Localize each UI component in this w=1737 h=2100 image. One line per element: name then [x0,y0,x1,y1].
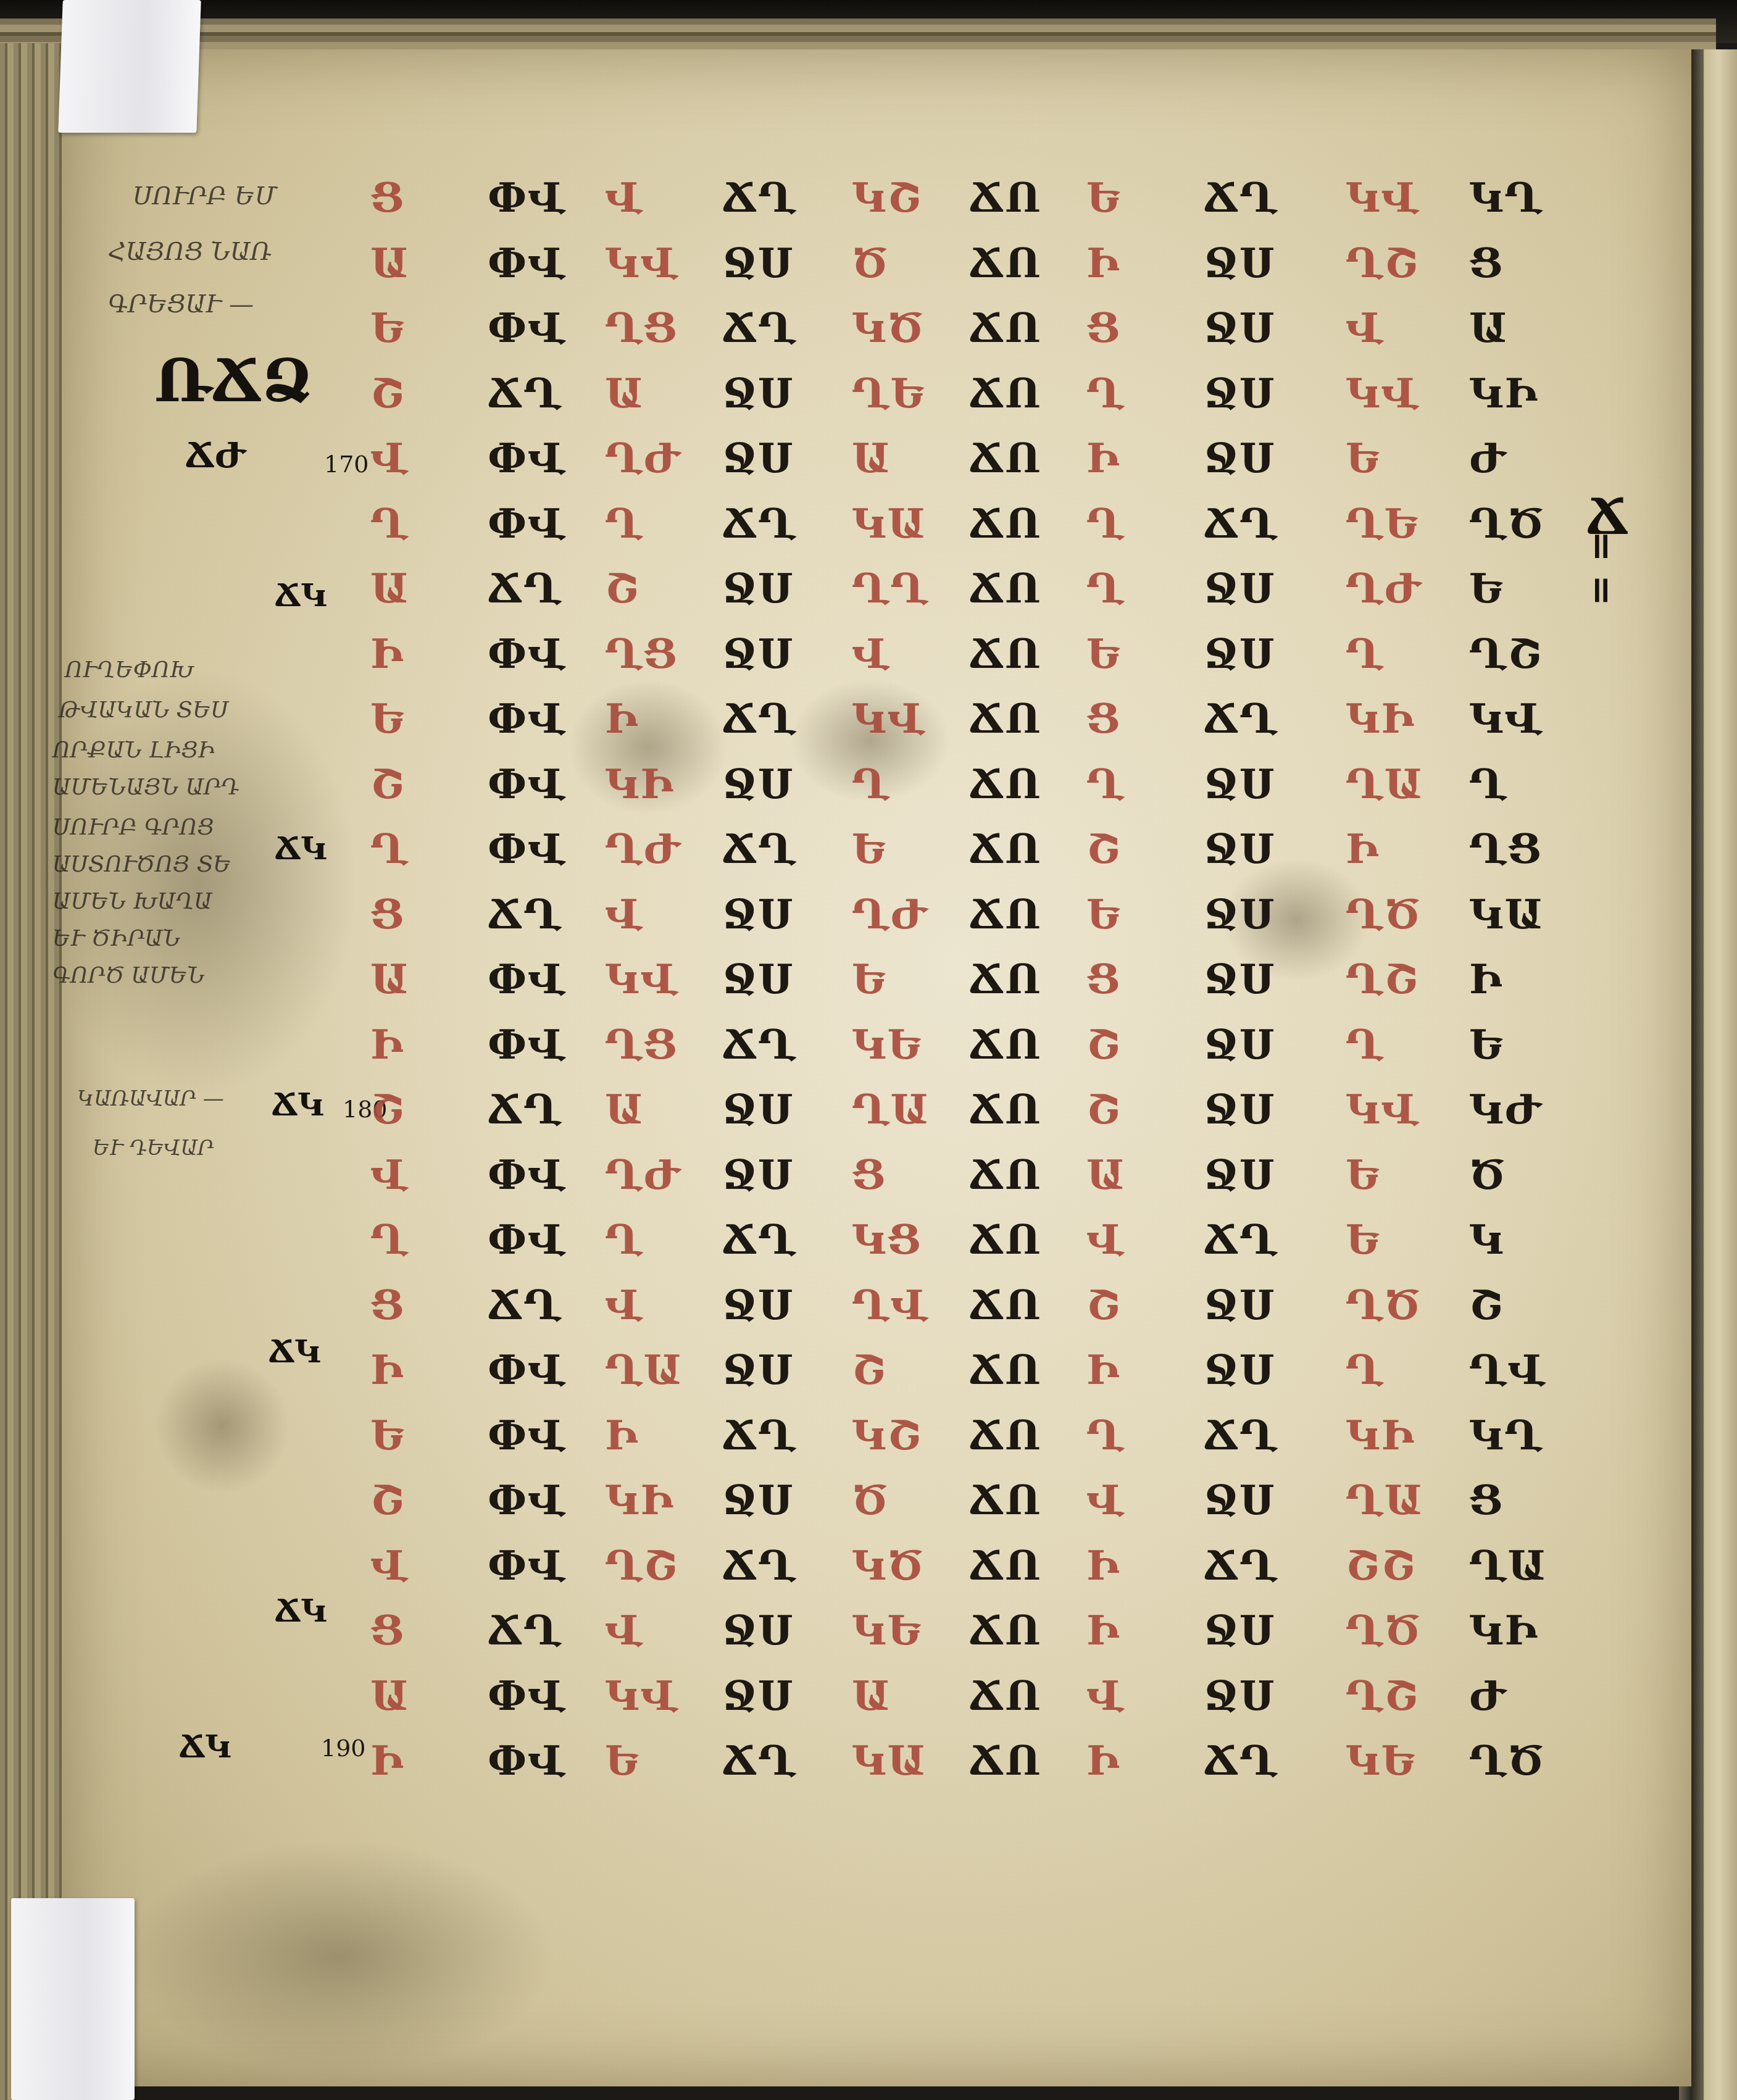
table-cell: Ի [1086,427,1120,489]
table-cell: ՃՂ [1204,1730,1278,1791]
table-cell: Վ [370,427,409,489]
table-cell: ՇՇ [1346,1535,1417,1596]
margin-note-line: ԱՄԵՆԱՅՆ ԱՐԴ [52,775,240,800]
table-cell: Ե [852,948,886,1010]
table-cell: Ա [605,1078,644,1140]
table-cell: Վ [1086,1665,1125,1727]
table-cell: Ց [1469,1469,1504,1531]
table-cell: ՓՎ [488,1014,566,1075]
table-cell: ՃՈ [969,167,1042,228]
table-cell: ՃՂ [1204,688,1278,749]
table-cell: Ղ [370,493,409,554]
margin-note-line: ԳՈՐԾ ԱՄԵՆ [52,963,205,988]
table-cell: ՃՂ [1204,493,1278,554]
table-cell: ՃՈ [969,1665,1042,1727]
table-cell: ՓՎ [488,493,566,554]
row-label: ՃԿ [179,1728,231,1765]
table-cell: ՃՈ [969,1209,1042,1270]
table-cell: ՓՎ [488,427,566,489]
table-cell: Ղ [1086,557,1125,619]
table-cell: ԿԺ [1469,1078,1543,1140]
table-cell: ԿՎ [852,688,926,749]
row-label: ՃԿ [275,577,327,614]
table-row: ՇՓՎԿԻՋՍԾՃՈՎՋՍՂԱՑ [346,1469,1568,1531]
table-cell: Շ [1086,818,1122,880]
table-cell: Ի [370,1730,404,1791]
table-cell: ԿԻ [1469,362,1539,424]
table-cell: Ե [370,1404,405,1466]
table-cell: Ե [1086,883,1121,945]
table-cell: ՓՎ [488,1535,566,1596]
table-cell: Շ [852,1339,888,1401]
table-row: ԱՃՂՇՋՍՂՂՃՈՂՋՍՂԺԵ [346,557,1568,619]
table-cell: ՂԺ [1346,557,1422,619]
table-cell: Ի [1469,948,1503,1010]
margin-note-line: ԱՄԵՆ ԽԱՂԱ [52,889,212,914]
table-cell: ՂԵ [852,362,925,424]
table-cell: ՋՍ [722,1144,794,1206]
table-cell: ՋՍ [1204,362,1276,424]
table-cell: Ի [370,623,404,685]
table-cell: Վ [605,1599,643,1661]
table-row: ԵՓՎՂՑՃՂԿԾՃՈՑՋՍՎԱ [346,297,1568,359]
page-clip-top [58,0,201,133]
table-cell: ՃՈ [969,1014,1042,1075]
table-cell: Ե [370,688,405,749]
stain [154,1358,290,1494]
table-cell: ԿԱ [852,1730,927,1791]
table-cell: ՂԱ [852,1078,930,1140]
table-cell: ՂՇ [1346,1665,1420,1727]
table-cell: Ց [1469,232,1504,294]
table-row: ԻՓՎՂԱՋՍՇՃՈԻՋՍՂՂՎ [346,1339,1568,1401]
table-cell: ՂՑ [605,623,679,685]
table-cell: ՓՎ [488,688,566,749]
table-row: ԻՓՎՂՑՋՍՎՃՈԵՋՍՂՂՇ [346,623,1568,685]
margin-note-line: ՍՈՒՐԲ ԵՄ [133,182,277,210]
table-cell: Շ [370,753,406,815]
table-cell: ՂԵ [1346,493,1419,554]
table-cell: ՃՂ [722,1535,797,1596]
table-cell: ԿՎ [605,1665,679,1727]
table-cell: ՂԱ [1346,1469,1424,1531]
table-cell: ՂՎ [1469,1339,1546,1401]
table-cell: ՋՍ [722,623,794,685]
table-row: ՇՃՂԱՋՍՂԱՃՈՇՋՍԿՎԿԺ [346,1078,1568,1140]
table-cell: Ց [370,167,406,228]
table-cell: ՓՎ [488,1404,566,1466]
table-cell: ՃՂ [1204,167,1278,228]
table-cell: ԿԻ [1346,1404,1415,1466]
table-row: ՎՓՎՂԺՋՍԱՃՈԻՋՍԵԺ [346,427,1568,489]
table-cell: Ժ [1469,1665,1507,1727]
table-cell: Ծ [1469,1144,1507,1206]
table-cell: ՋՍ [722,1274,794,1336]
table-cell: ՓՎ [488,623,566,685]
table-cell: Ծ [852,1469,889,1531]
table-cell: ԿԾ [852,297,925,359]
table-cell: Ց [370,1599,406,1661]
table-row: ԵՓՎԻՃՂԿՇՃՈՂՃՂԿԻԿՂ [346,1404,1568,1466]
table-cell: Ա [370,557,410,619]
table-cell: ՂՇ [1346,232,1420,294]
table-cell: ՂԾ [1346,1274,1422,1336]
table-cell: ՂԾ [1346,883,1422,945]
table-cell: ԿԻ [605,1469,675,1531]
table-cell: ՃՈ [969,1599,1042,1661]
table-cell: ՃՂ [488,1599,562,1661]
table-row: ՑՓՎՎՃՂԿՇՃՈԵՃՂԿՎԿՂ [346,167,1568,228]
table-cell: Շ [1469,1274,1505,1336]
table-cell: ՃՈ [969,1730,1042,1791]
table-cell: ՃՂ [1204,1535,1278,1596]
table-cell: ՃՈ [969,623,1042,685]
table-cell: Ղ [1469,753,1508,815]
table-cell: Ի [1086,232,1120,294]
row-label: ՃԺ [185,435,246,476]
table-cell: Ե [605,1730,639,1791]
table-cell: ՋՍ [722,1339,794,1401]
table-row: ԻՓՎԵՃՂԿԱՃՈԻՃՂԿԵՂԾ [346,1730,1568,1791]
table-cell: Ի [1086,1599,1120,1661]
table-cell: Ա [370,948,410,1010]
table-cell: ՓՎ [488,1469,566,1531]
table-cell: ԿՎ [605,948,679,1010]
table-cell: ՃՈ [969,493,1042,554]
table-cell: Ց [852,1144,887,1206]
table-cell: Ի [605,688,639,749]
table-cell: Վ [1086,1209,1125,1270]
table-cell: ՓՎ [488,818,566,880]
table-cell: Ե [370,297,405,359]
table-cell: Ա [1086,1144,1126,1206]
table-cell: Ղ [605,1209,644,1270]
table-row: ՇՃՂԱՋՍՂԵՃՈՂՋՍԿՎԿԻ [346,362,1568,424]
table-cell: Ծ [852,232,889,294]
table-cell: ՂՑ [1469,818,1543,880]
table-cell: ԿՇ [852,1404,923,1466]
table-cell: Վ [1086,1469,1125,1531]
table-cell: ՋՍ [722,557,794,619]
table-cell: ՓՎ [488,948,566,1010]
table-cell: Շ [1086,1274,1122,1336]
table-cell: ՋՍ [722,753,794,815]
stain [37,667,358,1099]
table-row: ԱՓՎԿՎՋՍԵՃՈՑՋՍՂՇԻ [346,948,1568,1010]
table-cell: Ղ [370,818,409,880]
table-cell: ՋՍ [1204,1144,1276,1206]
table-cell: Ա [605,362,644,424]
table-cell: ՃՂ [722,1730,797,1791]
table-cell: ՃՈ [969,753,1042,815]
table-cell: Ե [1346,427,1380,489]
table-cell: ՓՎ [488,753,566,815]
table-cell: Ե [1469,1014,1504,1075]
table-cell: ԿԱ [852,493,927,554]
table-cell: ՃՂ [722,1014,797,1075]
table-cell: ՃՂ [488,362,562,424]
margin-large-glyph: ՌՃՁ [154,346,313,415]
table-cell: ՋՍ [722,1078,794,1140]
table-cell: ԿՂ [1469,167,1543,228]
table-cell: ՃՈ [969,818,1042,880]
table-cell: ՃՂ [722,1404,797,1466]
table-cell: ՃՂ [488,1078,562,1140]
table-cell: Վ [605,1274,643,1336]
row-label: ՃԿ [275,1593,327,1629]
table-cell: ՋՍ [1204,297,1276,359]
margin-note-line: ԵՒ ԴԵՎԱՐ [93,1136,214,1160]
table-cell: ՋՍ [722,1599,794,1661]
table-cell: ՂՇ [1469,623,1543,685]
table-cell: ՋՍ [722,883,794,945]
table-row: ՑՃՂՎՋՍԿԵՃՈԻՋՍՂԾԿԻ [346,1599,1568,1661]
table-cell: ԿՎ [1346,167,1420,228]
table-cell: ՃՈ [969,362,1042,424]
table-cell: ՃՂ [488,1274,562,1336]
margin-note-line: ԿԱՌԱՎԱՐ — [77,1086,224,1111]
table-cell: Ց [1086,948,1122,1010]
table-row: ՑՃՂՎՋՍՂՎՃՈՇՋՍՂԾՇ [346,1274,1568,1336]
table-cell: ԿՎ [1346,362,1420,424]
table-cell: ՋՍ [1204,1014,1276,1075]
table-cell: ՋՍ [1204,1665,1276,1727]
table-row: ՎՓՎՂԺՋՍՑՃՈԱՋՍԵԾ [346,1144,1568,1206]
table-cell: ԿՑ [852,1209,923,1270]
margin-right-marks: = = [1580,531,1623,606]
table-row: ՇՓՎԿԻՋՍՂՃՈՂՋՍՂԱՂ [346,753,1568,815]
table-cell: Ց [370,883,406,945]
table-cell: Ա [370,1665,410,1727]
table-cell: Ղ [370,1209,409,1270]
table-cell: ՂՇ [605,1535,679,1596]
table-cell: ՂՇ [1346,948,1420,1010]
row-label: ՃԿ [272,1086,324,1123]
table-cell: ՂՑ [605,1014,679,1075]
table-cell: ՃՈ [969,883,1042,945]
table-row: ԱՓՎԿՎՋՍԾՃՈԻՋՍՂՇՑ [346,232,1568,294]
table-cell: Ա [852,427,891,489]
table-row: ՎՓՎՂՇՃՂԿԾՃՈԻՃՂՇՇՂԱ [346,1535,1568,1596]
table-cell: ՃՈ [969,1144,1042,1206]
stain [123,1840,556,2074]
table-cell: ՂՑ [605,297,679,359]
table-row: ԻՓՎՂՑՃՂԿԵՃՈՇՋՍՂԵ [346,1014,1568,1075]
table-cell: Շ [1086,1014,1122,1075]
table-cell: ՂԱ [1469,1535,1547,1596]
table-cell: ՓՎ [488,1665,566,1727]
margin-note-line: ՍՈՒՐԲ ԳՐՈՑ [52,815,214,840]
table-cell: ՃՂ [722,167,797,228]
table-row: ՂՓՎՂԺՃՂԵՃՈՇՋՍԻՂՑ [346,818,1568,880]
table-cell: ԿԵ [852,1599,922,1661]
table-cell: ՃՈ [969,1404,1042,1466]
table-cell: Ի [370,1014,404,1075]
table-cell: Ե [1469,557,1504,619]
table-cell: ՂԱ [1346,753,1424,815]
table-cell: ՃՈ [969,297,1042,359]
table-cell: Վ [1346,297,1384,359]
table-cell: ՃՈ [969,1535,1042,1596]
table-cell: Ց [1086,688,1122,749]
table-cell: Ե [1346,1144,1380,1206]
table-cell: ՋՍ [1204,753,1276,815]
table-cell: ՃՈ [969,1274,1042,1336]
table-cell: ՃՈ [969,1469,1042,1531]
table-cell: ՋՍ [1204,427,1276,489]
table-cell: ԿԱ [1469,883,1544,945]
table-row: ՂՓՎՂՃՂԿԱՃՈՂՃՂՂԵՂԾ [346,493,1568,554]
table-cell: ԿՎ [605,232,679,294]
table-cell: Ե [1346,1209,1380,1270]
table-cell: Ե [852,818,886,880]
table-cell: ԿՇ [852,167,923,228]
table-cell: ՃՂ [722,493,797,554]
table-cell: ԿՎ [1469,688,1543,749]
table-cell: ՓՎ [488,1209,566,1270]
table-cell: ՃՂ [1204,1404,1278,1466]
table-cell: ԿԵ [852,1014,922,1075]
table-cell: ՋՍ [1204,232,1276,294]
table-cell: ՋՍ [1204,1339,1276,1401]
table-row: ԵՓՎԻՃՂԿՎՃՈՑՃՂԿԻԿՎ [346,688,1568,749]
table-cell: ՓՎ [488,1730,566,1791]
table-cell: Ղ [1086,362,1125,424]
table-cell: ԿԻ [605,753,675,815]
table-cell: Ա [370,232,410,294]
table-cell: ԿԾ [852,1535,925,1596]
table-cell: Ի [370,1339,404,1401]
table-cell: ՂՂ [852,557,929,619]
table-cell: Շ [1086,1078,1122,1140]
table-cell: Ի [605,1404,639,1466]
table-cell: ՃՂ [722,818,797,880]
table-cell: ՃՂ [1204,1209,1278,1270]
table-cell: ՓՎ [488,1144,566,1206]
table-cell: Վ [370,1535,409,1596]
table-cell: ՂԺ [605,427,681,489]
margin-note-line: ԵՒ ԾԻՐԱՆ [52,926,180,951]
table-cell: Ղ [1346,623,1385,685]
table-cell: Ղ [1086,753,1125,815]
table-cell: Վ [852,623,890,685]
table-cell: ՓՎ [488,297,566,359]
table-cell: Ղ [1086,1404,1125,1466]
table-cell: ՓՎ [488,1339,566,1401]
table-cell: ՃՈ [969,688,1042,749]
table-cell: Շ [370,1469,406,1531]
table-cell: ՋՍ [722,427,794,489]
table-cell: ՂԺ [605,818,681,880]
table-row: ՂՓՎՂՃՂԿՑՃՈՎՃՂԵԿ [346,1209,1568,1270]
margin-note-line: ԱՍՏՈՒԾՈՅ ՏԵ [52,852,231,877]
table-cell: ՃՂ [488,883,562,945]
table-cell: ՋՍ [1204,623,1276,685]
table-cell: Կ [1469,1209,1505,1270]
table-cell: ՋՍ [1204,1274,1276,1336]
margin-note-line: ՈՐՔԱՆ ԼԻՑԻ [52,738,215,763]
table-row: ԱՓՎԿՎՋՍԱՃՈՎՋՍՂՇԺ [346,1665,1568,1727]
table-cell: ՂԾ [1469,1730,1545,1791]
margin-note-line: ՀԱՅՈՑ ՆԱՌ [108,238,272,266]
table-cell: ՋՍ [1204,557,1276,619]
table-cell: ՃՂ [488,557,562,619]
table-cell: Ա [852,1665,891,1727]
page-stack-left-edge [0,43,68,2100]
table-cell: ԿԻ [1469,1599,1539,1661]
table-cell: Ղ [605,493,644,554]
table-cell: ՋՍ [722,1469,794,1531]
table-cell: ՋՍ [722,948,794,1010]
table-cell: ՋՍ [722,1665,794,1727]
table-cell: Ժ [1469,427,1507,489]
table-row: ՑՃՂՎՋՍՂԺՃՈԵՋՍՂԾԿԱ [346,883,1568,945]
table-cell: Շ [605,557,641,619]
table-cell: ՂԱ [605,1339,683,1401]
row-label: ՃԿ [269,1333,321,1370]
table-cell: Ի [1346,818,1380,880]
margin-note-line: ԹՎԱԿԱՆ ՏԵՍ [59,698,228,723]
table-cell: Ց [370,1274,406,1336]
margin-note-line: ԳՐԵՑԱՒ — [108,290,254,319]
table-cell: ՂՎ [852,1274,929,1336]
table-cell: ՃՈ [969,1339,1042,1401]
table-cell: ՋՍ [1204,818,1276,880]
table-cell: ՋՍ [1204,1599,1276,1661]
table-cell: ԿՂ [1469,1404,1543,1466]
table-cell: ՃՈ [969,427,1042,489]
table-cell: Վ [605,167,643,228]
table-cell: ՃՈ [969,557,1042,619]
table-cell: Ի [1086,1339,1120,1401]
table-cell: Ի [1086,1730,1120,1791]
table-cell: ՓՎ [488,232,566,294]
table-cell: Շ [370,1078,406,1140]
table-cell: ՋՍ [1204,1469,1276,1531]
table-cell: ԿԻ [1346,688,1415,749]
table-cell: ՃՂ [722,688,797,749]
table-cell: ԿԵ [1346,1730,1416,1791]
table-cell: ՃՂ [722,297,797,359]
table-cell: ՂԺ [852,883,928,945]
table-cell: Ա [1469,297,1509,359]
table-cell: ՃՈ [969,232,1042,294]
table-cell: Ե [1086,167,1121,228]
table-cell: ՂԺ [605,1144,681,1206]
table-cell: Վ [370,1144,409,1206]
table-cell: Ղ [1346,1339,1385,1401]
table-cell: ՃՈ [969,1078,1042,1140]
table-cell: ՂԾ [1346,1599,1422,1661]
table-cell: ՋՍ [1204,1078,1276,1140]
row-label: ՃԿ [275,830,327,867]
margin-note-line: ՈՒՂԵՓՈԽ [65,657,194,683]
table-cell: Վ [605,883,643,945]
table-cell: Ի [1086,1535,1120,1596]
table-cell: ՋՍ [1204,883,1276,945]
table-cell: Ղ [1346,1014,1385,1075]
table-cell: ՋՍ [722,232,794,294]
table-cell: ՃՈ [969,948,1042,1010]
table-cell: ԿՎ [1346,1078,1420,1140]
table-cell: ՃՂ [722,1209,797,1270]
table-cell: Ղ [852,753,891,815]
table-cell: ՓՎ [488,167,566,228]
table-cell: ՋՍ [1204,948,1276,1010]
table-cell: Ց [1086,297,1122,359]
table-cell: Շ [370,362,406,424]
table-cell: ՋՍ [722,362,794,424]
